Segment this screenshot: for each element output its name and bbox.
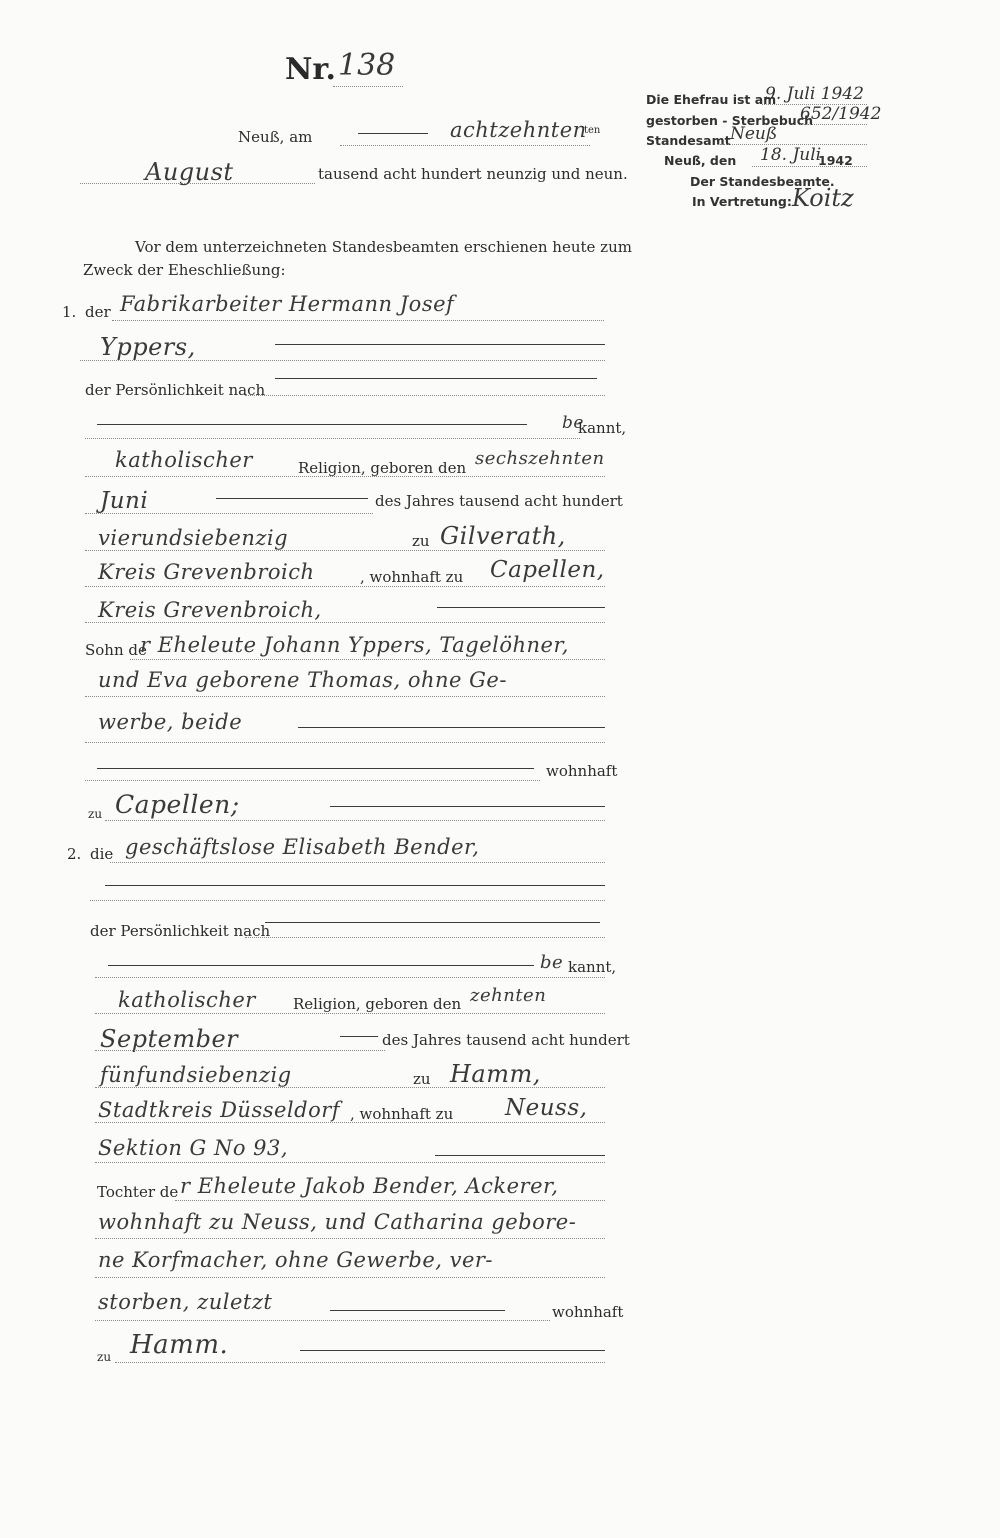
bride-birth-day: zehnten bbox=[470, 985, 546, 1006]
bride-parents-line-1: r Eheleute Jakob Bender, Ackerer, bbox=[180, 1174, 558, 1198]
intro-line-1: Vor dem unterzeichneten Standesbeamten e… bbox=[135, 238, 632, 256]
place-label: Neuß, am bbox=[238, 128, 312, 146]
bride-line-7 bbox=[95, 1087, 605, 1088]
bride-blank-rule-5 bbox=[435, 1155, 605, 1156]
groom-religion: katholischer bbox=[115, 448, 253, 472]
groom-surname: Yppers, bbox=[100, 333, 196, 361]
bride-birthplace-zu: zu bbox=[413, 1070, 431, 1088]
day-line bbox=[340, 145, 590, 146]
groom-parents-line-3: werbe, beide bbox=[98, 710, 242, 734]
groom-birth-month: Juni bbox=[100, 488, 148, 514]
groom-blank-rule-4 bbox=[216, 498, 368, 499]
bride-blank-rule-6 bbox=[330, 1310, 505, 1311]
groom-article: der bbox=[85, 303, 111, 321]
groom-blank-rule-5 bbox=[437, 607, 605, 608]
groom-year-label: des Jahres tausend acht hundert bbox=[375, 492, 623, 510]
bride-blank-rule-2 bbox=[265, 922, 600, 923]
bride-religion: katholischer bbox=[118, 988, 256, 1012]
groom-identity-label: der Persönlichkeit nach bbox=[85, 381, 265, 399]
bride-birth-month: September bbox=[100, 1025, 238, 1053]
bride-residence-label: , wohnhaft zu bbox=[350, 1105, 453, 1123]
record-number-line bbox=[333, 86, 403, 87]
margin-register-number: 652/1942 bbox=[800, 104, 881, 124]
groom-line-14 bbox=[105, 820, 605, 821]
bride-parents-line-4: storben, zuletzt bbox=[98, 1290, 272, 1314]
bride-known-suffix: kannt, bbox=[568, 958, 616, 976]
bride-blank-rule-3 bbox=[108, 965, 534, 966]
bride-line-12 bbox=[95, 1277, 605, 1278]
groom-birthplace-zu: zu bbox=[412, 532, 430, 550]
groom-residence: Capellen, bbox=[490, 557, 605, 583]
groom-line-10 bbox=[130, 659, 605, 660]
margin-date-value: 18. Juli bbox=[760, 145, 821, 165]
groom-line-7 bbox=[85, 550, 605, 551]
bride-identity-label: der Persönlichkeit nach bbox=[90, 922, 270, 940]
bride-religion-label: Religion, geboren den bbox=[293, 995, 461, 1013]
bride-line-10 bbox=[175, 1200, 605, 1201]
bride-known-prefix: be bbox=[540, 952, 563, 973]
month-line bbox=[80, 183, 315, 184]
intro-line-2: Zweck der Eheschließung: bbox=[83, 261, 286, 279]
groom-line-12 bbox=[85, 742, 605, 743]
groom-wohnhaft-label: wohnhaft bbox=[546, 762, 617, 780]
bride-line-2 bbox=[90, 900, 605, 901]
groom-parents-line-2: und Eva geborene Thomas, ohne Ge- bbox=[98, 668, 507, 692]
bride-blank-rule-4 bbox=[340, 1036, 378, 1037]
groom-birth-district: Kreis Grevenbroich bbox=[98, 560, 315, 584]
bride-line-1 bbox=[110, 862, 605, 863]
bride-line-11 bbox=[95, 1238, 605, 1239]
groom-blank-rule-7 bbox=[97, 768, 534, 769]
bride-blank-rule-7 bbox=[300, 1350, 605, 1351]
bride-residence-detail: Sektion G No 93, bbox=[98, 1136, 288, 1160]
groom-residence-district: Kreis Grevenbroich, bbox=[98, 598, 322, 622]
blank-rule bbox=[358, 133, 428, 134]
bride-number: 2. bbox=[67, 845, 81, 863]
groom-birth-year: vierundsiebenzig bbox=[98, 526, 288, 550]
groom-line-1 bbox=[112, 320, 604, 321]
record-number: 138 bbox=[338, 48, 395, 83]
margin-signature: Koitz bbox=[792, 184, 854, 212]
bride-line-9 bbox=[95, 1162, 605, 1163]
groom-line-8 bbox=[85, 586, 605, 587]
bride-parents-line-2: wohnhaft zu Neuss, und Catharina gebore- bbox=[98, 1210, 576, 1234]
groom-blank-rule-3 bbox=[97, 424, 527, 425]
margin-death-label: Die Ehefrau ist am bbox=[646, 92, 776, 107]
bride-wohnhaft-label: wohnhaft bbox=[552, 1303, 623, 1321]
marriage-year-text: tausend acht hundert neunzig und neun. bbox=[318, 165, 628, 183]
margin-line-4 bbox=[752, 166, 867, 167]
groom-line-11 bbox=[85, 696, 605, 697]
bride-line-3 bbox=[245, 937, 605, 938]
margin-office-label: Standesamt bbox=[646, 133, 731, 148]
bride-line-14 bbox=[115, 1362, 605, 1363]
groom-line-4 bbox=[85, 438, 580, 439]
bride-parents-residence-zu: zu bbox=[97, 1350, 111, 1364]
bride-line-6 bbox=[95, 1050, 385, 1051]
groom-birth-day: sechszehnten bbox=[475, 448, 605, 469]
groom-parents-label: Sohn de bbox=[85, 641, 147, 659]
bride-year-label: des Jahres tausend acht hundert bbox=[382, 1031, 630, 1049]
bride-occupation-name: geschäftslose Elisabeth Bender, bbox=[125, 835, 479, 859]
groom-line-13 bbox=[85, 780, 540, 781]
groom-occupation-name: Fabrikarbeiter Hermann Josef bbox=[120, 292, 454, 316]
groom-line-2 bbox=[80, 360, 605, 361]
bride-birthplace: Hamm, bbox=[450, 1060, 541, 1088]
groom-parents-residence-zu: zu bbox=[88, 807, 102, 821]
record-title-prefix: Nr. bbox=[285, 52, 336, 87]
bride-birth-year: fünfundsiebenzig bbox=[100, 1063, 292, 1087]
groom-line-6 bbox=[85, 513, 373, 514]
groom-blank-rule-2 bbox=[275, 378, 597, 379]
groom-line-9 bbox=[85, 622, 605, 623]
margin-office-value: Neuß bbox=[730, 124, 777, 144]
groom-parents-residence: Capellen; bbox=[115, 790, 240, 819]
day-suffix: ten bbox=[584, 125, 600, 136]
groom-known-suffix: kannt, bbox=[578, 419, 626, 437]
bride-line-5 bbox=[95, 1013, 605, 1014]
marriage-month: August bbox=[145, 158, 234, 186]
groom-residence-label: , wohnhaft zu bbox=[360, 568, 463, 586]
margin-line-2 bbox=[800, 124, 867, 125]
bride-line-13 bbox=[95, 1320, 550, 1321]
groom-birthplace: Gilverath, bbox=[440, 522, 566, 550]
groom-number: 1. bbox=[62, 303, 76, 321]
marriage-day: achtzehnten bbox=[450, 118, 587, 142]
bride-line-4 bbox=[95, 977, 605, 978]
margin-deputy-label: In Vertretung: bbox=[692, 194, 792, 209]
bride-line-8 bbox=[95, 1122, 605, 1123]
bride-parents-residence: Hamm. bbox=[130, 1330, 228, 1360]
groom-parents-line-1: r Eheleute Johann Yppers, Tagelöhner, bbox=[140, 633, 569, 657]
bride-residence: Neuss, bbox=[505, 1095, 587, 1121]
groom-blank-rule-1 bbox=[275, 344, 605, 345]
margin-death-date: 9. Juli 1942 bbox=[765, 84, 864, 104]
bride-article: die bbox=[90, 845, 113, 863]
bride-blank-rule-1 bbox=[105, 885, 605, 886]
bride-parents-line-3: ne Korfmacher, ohne Gewerbe, ver- bbox=[98, 1248, 493, 1272]
margin-date-label: Neuß, den bbox=[664, 153, 736, 168]
groom-line-3 bbox=[245, 395, 605, 396]
groom-line-5 bbox=[85, 476, 605, 477]
groom-blank-rule-8 bbox=[330, 806, 605, 807]
groom-religion-label: Religion, geboren den bbox=[298, 459, 466, 477]
groom-blank-rule-6 bbox=[298, 727, 605, 728]
bride-birth-district: Stadtkreis Düsseldorf bbox=[98, 1098, 340, 1122]
bride-parents-label: Tochter de bbox=[97, 1183, 178, 1201]
